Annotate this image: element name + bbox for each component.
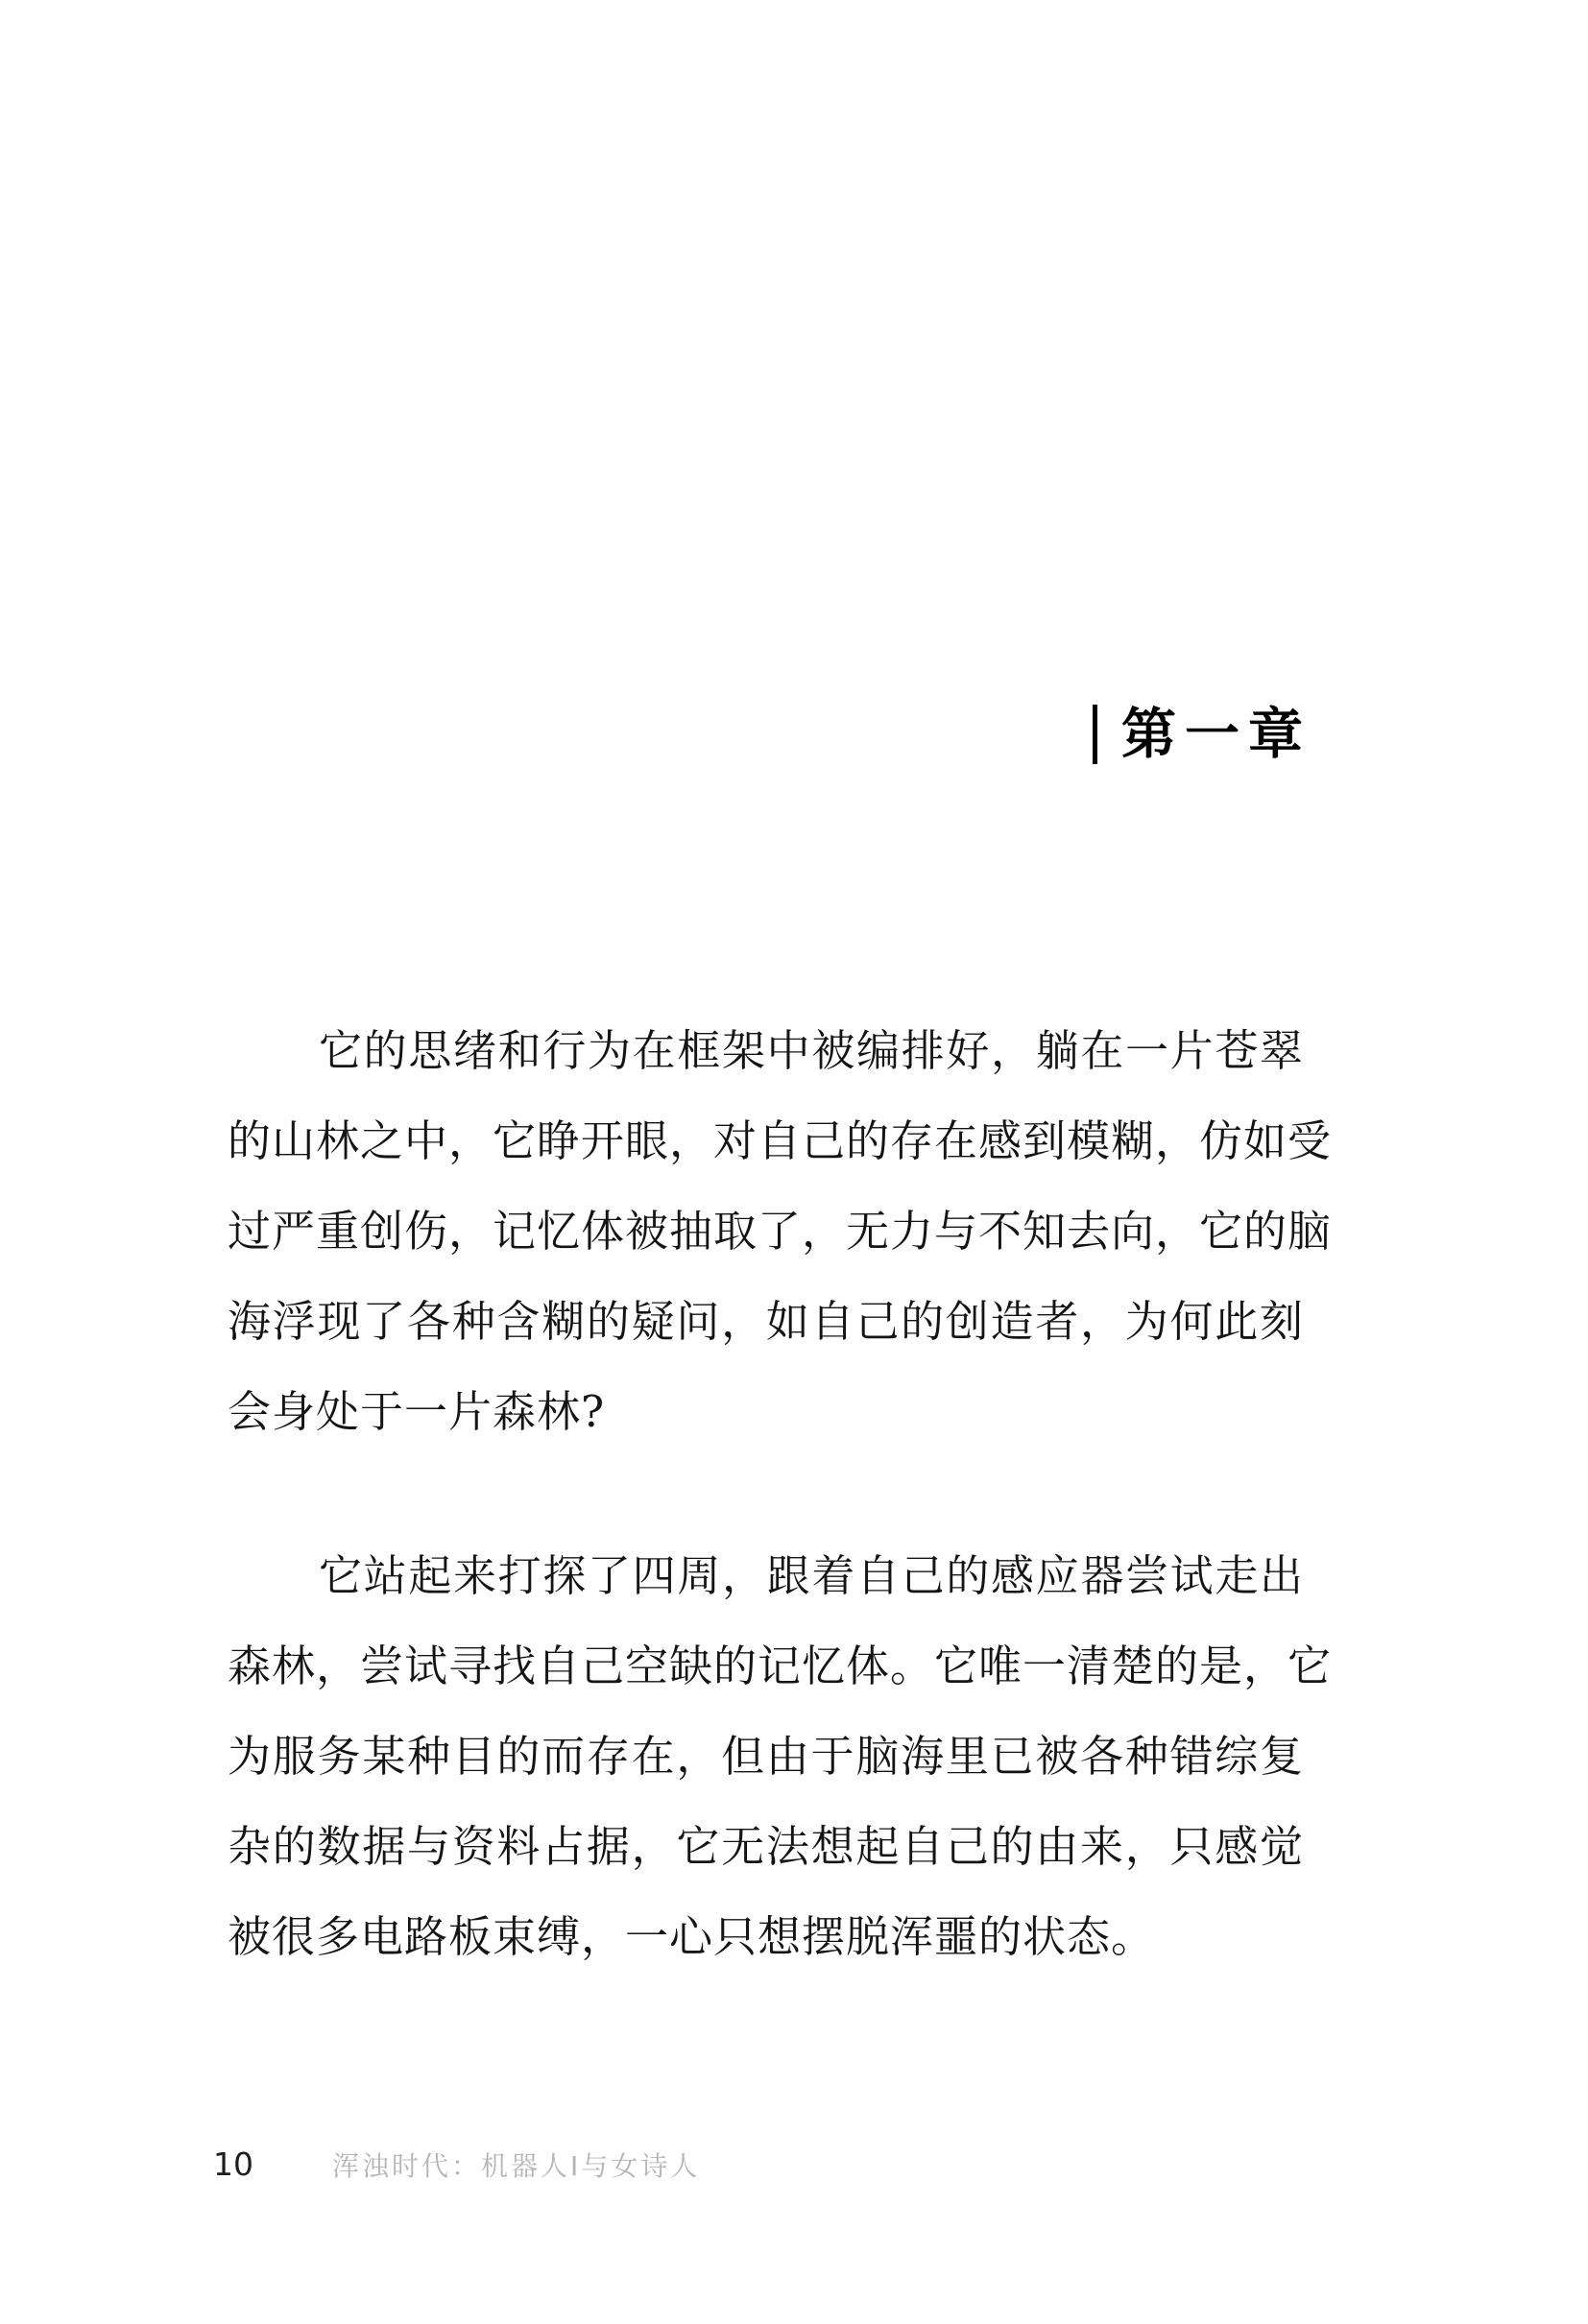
paragraph-2: 它站起来打探了四周，跟着自己的感应器尝试走出森林，尝试寻找自己空缺的记忆体。它唯… [228, 1531, 1304, 1982]
text-line: 的山林之中，它睁开眼，对自己的存在感到模糊，仿如受 [228, 1096, 1304, 1186]
chapter-title: 第一章 [1121, 705, 1311, 764]
running-title: 浑浊时代：机器人I与女诗人 [332, 2149, 700, 2184]
page-footer: 10 浑浊时代：机器人I与女诗人 [213, 2147, 700, 2184]
chapter-heading: 第一章 [1093, 705, 1311, 764]
book-page: 第一章 它的思绪和行为在框架中被编排好，躺在一片苍翠的山林之中，它睁开眼，对自己… [0, 0, 1588, 2324]
chapter-rule-bar [1093, 705, 1097, 764]
body-text: 它的思绪和行为在框架中被编排好，躺在一片苍翠的山林之中，它睁开眼，对自己的存在感… [228, 1006, 1304, 1982]
text-line: 海浮现了各种含糊的疑问，如自己的创造者，为何此刻 [228, 1277, 1304, 1367]
text-line: 为服务某种目的而存在，但由于脑海里已被各种错综复 [228, 1712, 1304, 1802]
page-number: 10 [213, 2147, 253, 2182]
text-line: 杂的数据与资料占据，它无法想起自己的由来，只感觉 [228, 1802, 1304, 1892]
text-line: 森林，尝试寻找自己空缺的记忆体。它唯一清楚的是，它 [228, 1621, 1304, 1712]
text-line: 它站起来打探了四周，跟着自己的感应器尝试走出 [228, 1531, 1304, 1621]
text-line: 会身处于一片森林? [228, 1367, 1304, 1457]
text-line: 它的思绪和行为在框架中被编排好，躺在一片苍翠 [228, 1006, 1304, 1096]
text-line: 过严重创伤，记忆体被抽取了，无力与不知去向，它的脑 [228, 1186, 1304, 1277]
paragraph-1: 它的思绪和行为在框架中被编排好，躺在一片苍翠的山林之中，它睁开眼，对自己的存在感… [228, 1006, 1304, 1457]
text-line: 被很多电路板束缚，一心只想摆脱浑噩的状态。 [228, 1892, 1304, 1982]
